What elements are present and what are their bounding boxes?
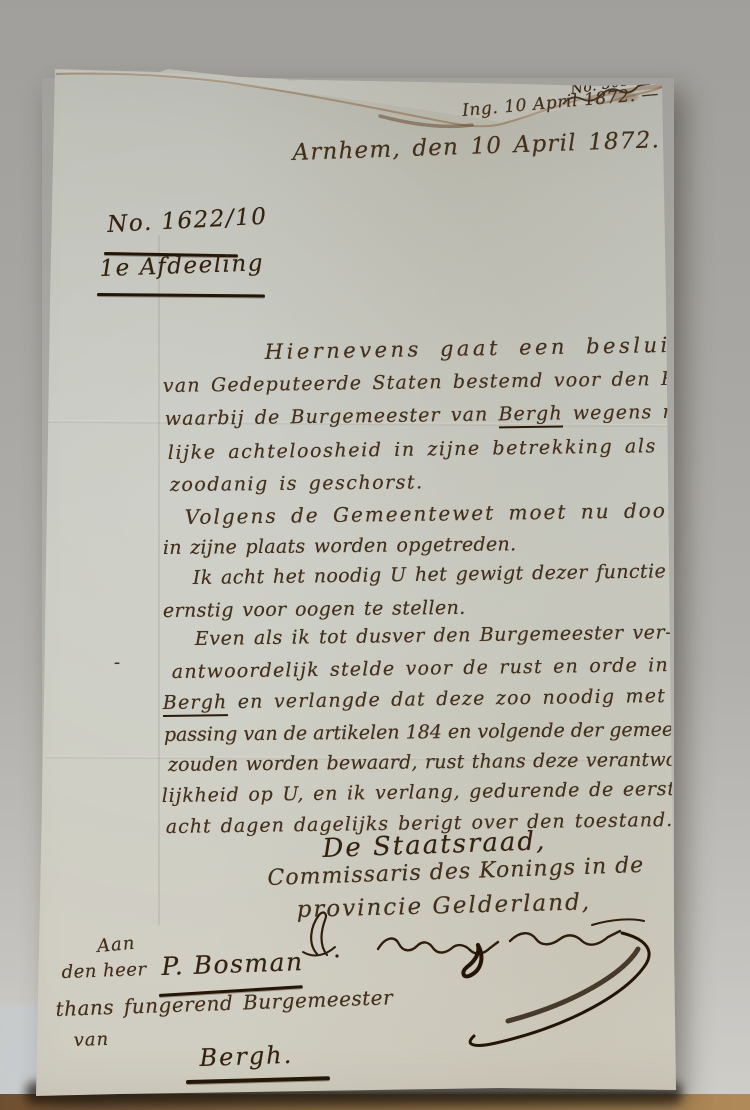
closing-title: De Staatsraad, [322,826,547,864]
body-line-segment: en verlangde dat deze zoo noodig met toe… [227,684,718,713]
body-line: zouden worden bewaard, rust thans deze v… [168,748,729,776]
reference-underline [104,252,238,257]
signature-flourish [360,905,670,1035]
body-line: passing van de artikelen 184 en volgende… [164,718,740,746]
body-line: lijke achteloosheid in zijne betrekking … [168,435,657,464]
fold-crease [48,420,668,427]
address-van: van [73,1029,109,1051]
letter-sheet: No. 303. Ing. 10 April 1872. — Arnhem, d… [0,0,750,1110]
received-note: Ing. 10 April 1872. — [461,84,660,121]
body-line: antwoordelijk stelde voor de rust en ord… [172,654,669,683]
paraph-mark [295,908,341,964]
body-line: lijkheid op U, en ik verlang, gedurende … [162,778,688,807]
addressee-name: P. Bosman [161,947,304,981]
department-underline [97,293,265,297]
address-place-underline [186,1076,330,1084]
closing-function: Commissaris des Konings in de [267,853,645,891]
fold-crease [46,755,670,761]
address-den-heer: den heer [61,959,147,983]
photograph-of-letter: { "document_type": "handwritten-letter-1… [0,0,750,1110]
address-place: Bergh. [199,1041,294,1072]
address-aan: Aan [96,933,136,957]
reference-number: No. 1622/10 [107,204,268,238]
body-line: waarbij de Burgemeester van Bergh wegens… [165,400,737,430]
body-line: Volgens de Gemeentewet moet nu door U [185,498,711,529]
body-line: Hiernevens gaat een besluit [265,333,683,364]
addressee-function: thans fungerend Burgemeester [55,985,393,1021]
body-line: Even als ik tot dusver den Burgemeester … [195,621,673,650]
underlined-place-name: Bergh [498,402,563,428]
addressee-underline [159,985,303,997]
body-line: in zijne plaats worden opgetreden. [163,533,517,559]
closing-province: provincie Gelderland, [296,889,591,923]
strike-through-squiggle [560,86,652,112]
body-line: van Gedeputeerde Staten bestemd voor den… [163,367,723,397]
dateline: Arnhem, den 10 April 1872. [292,127,660,166]
underlined-place-name: Bergh [163,691,228,717]
body-line: acht dagen dagelijks berigt over den toe… [166,809,674,838]
body-line: Ik acht het noodig U het gewigt dezer fu… [193,560,667,589]
department: 1e Afdeeling [99,250,264,282]
margin-mark: - [114,652,120,673]
body-line: ernstig voor oogen te stellen. [163,597,466,622]
body-line-segment: wegens merke- [563,400,737,424]
fold-crease-vertical [158,235,160,925]
body-line: zoodanig is geschorst. [170,471,424,496]
body-line: Bergh en verlangde dat deze zoo noodig m… [163,684,718,714]
body-line-segment: waarbij de Burgemeester van [165,403,499,430]
paper-stain [612,92,638,102]
torn-edge [50,60,680,150]
